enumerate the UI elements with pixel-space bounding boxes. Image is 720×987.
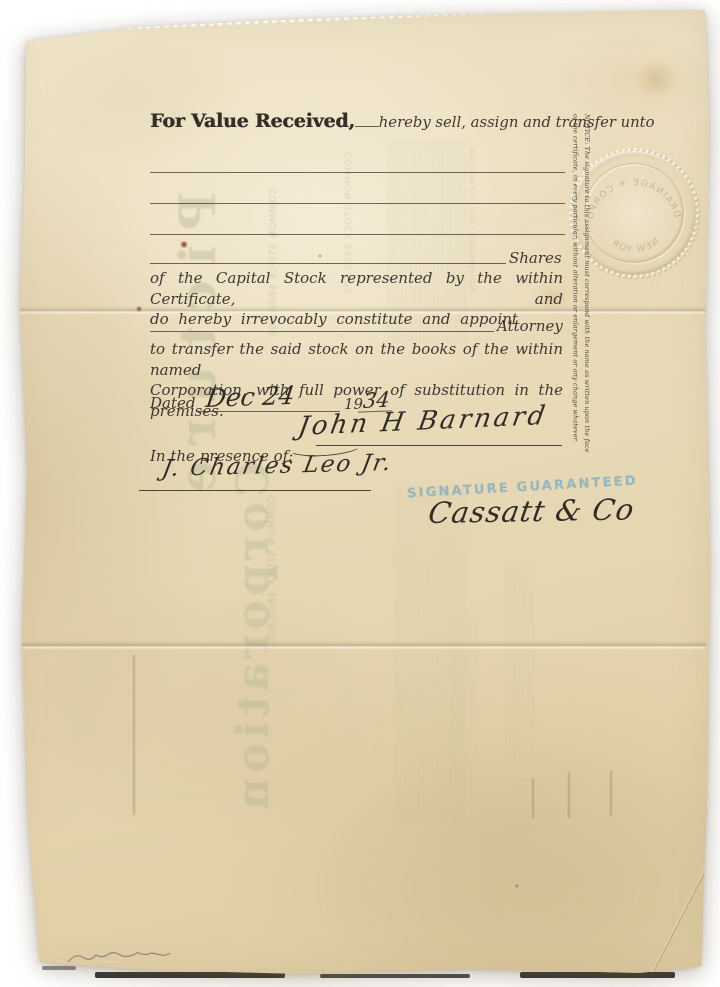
- paragraph-line: to transfer the said stock on the books …: [150, 339, 563, 380]
- seal-arc-bottom-text: NEW YORK: [609, 146, 701, 255]
- foxing-spot: [136, 306, 142, 312]
- seal-arc-top-text: DRAINAGE ✳ CORPORATION: [585, 146, 701, 222]
- certificate-paper: Picture Corporation COMMON STOCK $600,00…: [0, 0, 720, 987]
- paragraph-line: of the Capital Stock represented by the …: [150, 268, 563, 309]
- ghost-rule-line: [133, 655, 135, 815]
- blank-line-1: [150, 172, 565, 173]
- svg-text:DRAINAGE ✳ CORPORATION: DRAINAGE ✳ CORPORATION: [585, 146, 701, 222]
- fold-crease-lower: [20, 641, 706, 650]
- blank-line-2: [150, 203, 565, 204]
- attorney-blank-line: [150, 331, 494, 332]
- witness-signature-line: [139, 490, 371, 491]
- guarantor-signature: Cassatt & Co: [426, 492, 637, 530]
- ghost-paragraph-block: [396, 487, 468, 822]
- pencil-scribble: [62, 938, 192, 972]
- signature-line: [316, 445, 562, 446]
- notice-line-1: NOTICE: The signature to this assignment…: [581, 114, 593, 444]
- for-value-received-text: For Value Received,: [150, 110, 355, 132]
- ghost-front-title-word2: Corporation: [228, 462, 279, 847]
- attorney-label: Attorney: [497, 317, 563, 335]
- foxing-spot: [180, 241, 188, 248]
- ghost-rule-line: [610, 770, 612, 816]
- dated-label: Dated: [150, 394, 195, 412]
- svg-text:NEW YORK: NEW YORK: [609, 146, 701, 255]
- foxing-spot: [515, 884, 519, 888]
- ghost-paragraph-block: [505, 560, 535, 760]
- shares-label: Shares: [509, 249, 562, 267]
- name-gap-line: [355, 110, 379, 127]
- witness-signature: J. Charles Leo Jr.: [160, 450, 395, 482]
- notice-line-2: of the certificate, in every particular,…: [569, 114, 581, 444]
- stain-patch: [633, 62, 679, 96]
- deckled-top-edge: [18, 2, 718, 41]
- ghost-rule-line: [532, 778, 534, 818]
- blank-line-3: [150, 234, 565, 235]
- blank-line-4: [150, 263, 506, 264]
- assignment-opening-line: For Value Received, hereby sell, assign …: [150, 110, 565, 132]
- scanned-certificate-back: Picture Corporation COMMON STOCK $600,00…: [0, 0, 720, 987]
- paper-shadow-wrap: Picture Corporation COMMON STOCK $600,00…: [0, 0, 720, 987]
- assignment-notice: NOTICE: The signature to this assignment…: [569, 114, 592, 444]
- foxing-spot: [318, 254, 322, 258]
- ghost-common-stock-text: COMMON STOCK $600,000: [267, 495, 278, 775]
- seal-inner-ring: [584, 163, 684, 263]
- opening-rest-text: hereby sell, assign and transfer unto: [379, 114, 655, 131]
- ghost-paragraph-block: [452, 620, 478, 780]
- ghost-rule-line: [568, 772, 570, 818]
- handwritten-date: Dec 24: [204, 381, 297, 413]
